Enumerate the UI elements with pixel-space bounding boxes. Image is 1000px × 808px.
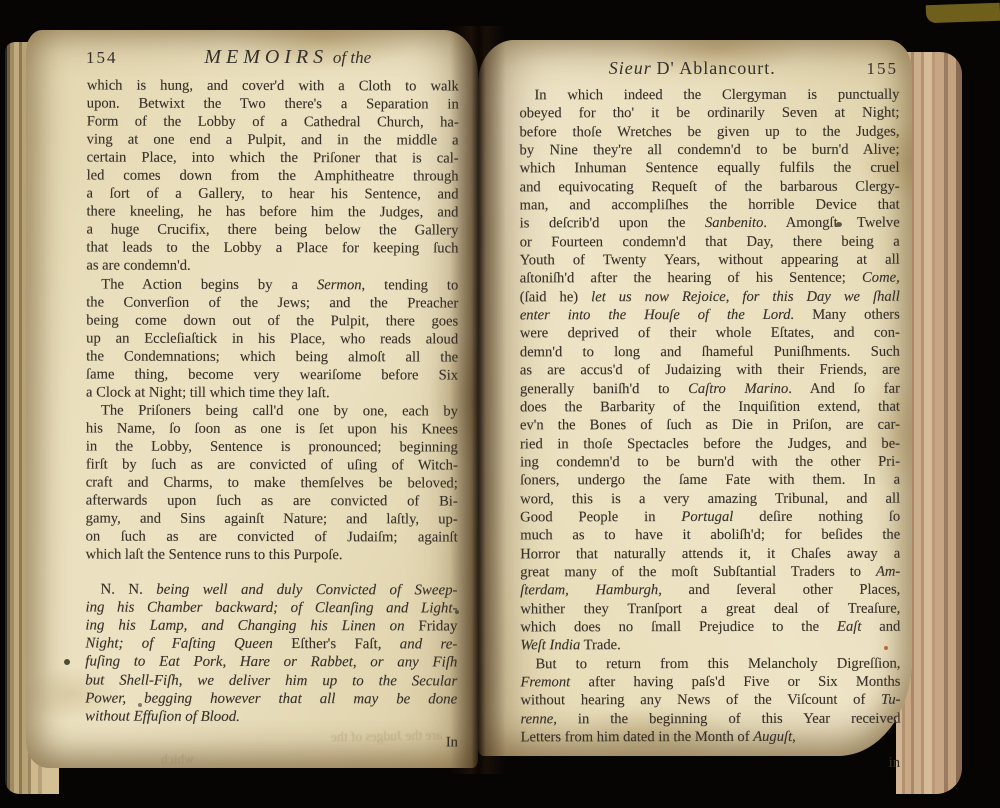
text-line: Letters from him dated in the Month of A… bbox=[521, 728, 901, 747]
right-running-title: Sieur D' Ablancourt. bbox=[518, 58, 867, 80]
paragraph: But to return from this Melancholy Digre… bbox=[520, 654, 900, 746]
right-page-number: 155 bbox=[867, 59, 899, 79]
right-page: Sieur D' Ablancourt. 155 In which indeed… bbox=[478, 40, 912, 756]
text-line: N. N. being well and duly Convicted of S… bbox=[85, 581, 457, 600]
text-line: up an Eccleſiaſtick in his Place, who re… bbox=[86, 329, 458, 348]
text-line: ing his Chamber backward; of Cleanſing a… bbox=[85, 599, 457, 618]
text-line: that leads to the Lobby a Place for keep… bbox=[86, 239, 458, 258]
text-line: Horror that naturally attends it, it Cha… bbox=[520, 544, 900, 563]
paragraph: The Action begins by a Sermon, tending t… bbox=[86, 275, 458, 402]
text-line: word, this is a very amazing Tribunal, a… bbox=[520, 489, 900, 508]
text-line: in the Lobby, Sentence is pronounced; be… bbox=[86, 437, 458, 456]
text-line: as are condemn'd. bbox=[86, 257, 458, 276]
paragraph: In which indeed the Clergyman is punctua… bbox=[519, 86, 900, 655]
text-line: his Name, ſo ſoon as one is ſet upon his… bbox=[86, 419, 458, 438]
ink-spot bbox=[884, 646, 888, 650]
text-line: ſterdam, Hamburgh, and ſeveral other Pla… bbox=[520, 581, 900, 600]
left-page: 154 MEMOIRS of the which is hung, and co… bbox=[26, 30, 478, 768]
text-line: obeyed for tho' it be ordinarily Seven a… bbox=[519, 104, 899, 123]
text-line: renne, in the beginning of this Year rec… bbox=[521, 709, 901, 728]
paragraph: The Priſoners being call'd one by one, e… bbox=[86, 401, 458, 564]
text-line: or Fourteen condemn'd that Day, there be… bbox=[520, 232, 900, 251]
text-line: which laſt the Sentence runs to this Pur… bbox=[86, 546, 458, 565]
text-line: generally baniſh'd to Caſtro Marino. And… bbox=[520, 379, 900, 398]
text-line: ſame thing, become very weariſome before… bbox=[86, 365, 458, 384]
text-line: Weſt India Trade. bbox=[520, 636, 900, 655]
text-line: ing condemn'd to be burn'd with the othe… bbox=[520, 453, 900, 472]
text-line: which is hung, and cover'd with a Cloth … bbox=[87, 77, 459, 96]
left-text-block: which is hung, and cover'd with a Cloth … bbox=[85, 77, 459, 727]
text-line: ſoners, undergo the ſame Fate with them.… bbox=[520, 471, 900, 490]
text-line: craft and Charms, to make themſelves be … bbox=[86, 474, 458, 493]
left-running-head: 154 MEMOIRS of the bbox=[86, 46, 458, 69]
text-line: ving at one end a Pulpit, and in the mid… bbox=[87, 131, 459, 150]
text-line: aſtoniſh'd after the hearing of his Sent… bbox=[520, 269, 900, 288]
text-line: were deprived of their whole Eſtates, an… bbox=[520, 324, 900, 343]
text-line: a ſort of a Gallery, to hear his Sentenc… bbox=[87, 185, 459, 204]
left-page-number: 154 bbox=[86, 48, 118, 68]
book-spread-photo: 154 MEMOIRS of the which is hung, and co… bbox=[0, 0, 1000, 808]
text-line: a Clock at Night; till which time they l… bbox=[86, 383, 458, 402]
text-line: The Action begins by a Sermon, tending t… bbox=[86, 275, 458, 294]
text-line: (ſaid he) let us now Rejoice, for this D… bbox=[520, 287, 900, 306]
text-line: which Inhuman Sentence equally fulfils t… bbox=[520, 159, 900, 178]
text-line: there kneeling, he has before him the Ju… bbox=[86, 203, 458, 222]
text-line: enter into the Houſe of the Lord. Many o… bbox=[520, 306, 900, 325]
paragraph: which is hung, and cover'd with a Cloth … bbox=[86, 77, 459, 276]
text-line: Good People in Portugal deſire nothing ſ… bbox=[520, 508, 900, 527]
text-line: upon. Betwixt the Two there's a Separati… bbox=[87, 95, 459, 114]
text-line: Form of the Lobby of a Cathedral Church,… bbox=[87, 113, 459, 132]
ink-spot bbox=[138, 703, 142, 707]
text-line: a huge Crucifix, there being below the G… bbox=[86, 221, 458, 240]
cover-edge bbox=[926, 3, 1000, 24]
text-line: The Priſoners being call'd one by one, e… bbox=[86, 401, 458, 420]
text-line: on ſuch as are convicted of Judaiſm; aga… bbox=[86, 528, 458, 547]
text-line: firſt by ſuch as are convicted of uſing … bbox=[86, 455, 458, 474]
text-line: certain Place, into which the Priſoner t… bbox=[87, 149, 459, 168]
text-line: fuſing to Eat Pork, Hare or Rabbet, or a… bbox=[85, 653, 457, 672]
text-line: ev'n the Bones of ſuch as Die in Priſon,… bbox=[520, 416, 900, 435]
text-line: does the Barbarity of the Inquiſition ex… bbox=[520, 398, 900, 417]
text-line: demn'd to long and ſhameful Puniſhments.… bbox=[520, 342, 900, 361]
text-line: led comes down from the Amphitheatre thr… bbox=[87, 167, 459, 186]
text-line: Fremont after having paſs'd Five or Six … bbox=[520, 673, 900, 692]
ink-spot bbox=[64, 659, 70, 665]
text-line: without hearing any News of the Viſcount… bbox=[520, 691, 900, 710]
text-line: gamy, and Sins againſt Nature; and laſtl… bbox=[86, 510, 458, 529]
text-line: as are accus'd of Judaizing with their F… bbox=[520, 361, 900, 380]
right-running-head: Sieur D' Ablancourt. 155 bbox=[518, 58, 898, 80]
text-line: In which indeed the Clergyman is punctua… bbox=[519, 86, 899, 105]
text-line: ried in thoſe Spectacles before the Judg… bbox=[520, 434, 900, 453]
text-line: whither they Tranſport a great deal of T… bbox=[520, 599, 900, 618]
right-text-block: In which indeed the Clergyman is punctua… bbox=[519, 86, 900, 747]
text-line: the Converſion of the Jews; and the Prea… bbox=[86, 293, 458, 312]
text-line: by Nine they're all condemn'd to be burn… bbox=[520, 141, 900, 160]
text-line: great many of the moſt Subſtantial Trade… bbox=[520, 563, 900, 582]
text-line: Night; of Faſting Queen Eſther's Faſt, a… bbox=[85, 635, 457, 654]
text-line: much as to have it aboliſh'd; for beſide… bbox=[520, 526, 900, 545]
left-running-title: MEMOIRS of the bbox=[118, 46, 459, 69]
text-line: ing his Lamp, and Changing his Linen on … bbox=[85, 617, 457, 636]
right-catchword: in bbox=[520, 754, 938, 773]
text-line: but Shell-Fiſh, we deliver him up to the… bbox=[85, 671, 457, 690]
text-line: afterwards upon ſuch as are convicted of… bbox=[86, 492, 458, 511]
text-line: and equivocating Requeſt of the barbarou… bbox=[520, 177, 900, 196]
text-line: the Condemnations; which being almoſt al… bbox=[86, 347, 458, 366]
ink-spot bbox=[836, 222, 842, 227]
text-line: But to return from this Melancholy Digre… bbox=[520, 654, 900, 673]
text-line: before thoſe Wretches be given up to the… bbox=[519, 122, 899, 141]
text-line: is deſcrib'd upon the Sanbenito. Amongſt… bbox=[520, 214, 900, 233]
text-line: man, and accompliſhes the horrible Devic… bbox=[520, 196, 900, 215]
text-line: being come down out of the Pulpit, there… bbox=[86, 311, 458, 330]
text-line: which does no ſmall Prejudice to the Eaſ… bbox=[520, 618, 900, 637]
text-line: without Effuſion of Blood. bbox=[85, 707, 457, 726]
show-through-text: which bbox=[104, 751, 194, 769]
ink-spot bbox=[455, 610, 459, 614]
text-line: Youth of Twenty Years, without appearing… bbox=[520, 251, 900, 270]
